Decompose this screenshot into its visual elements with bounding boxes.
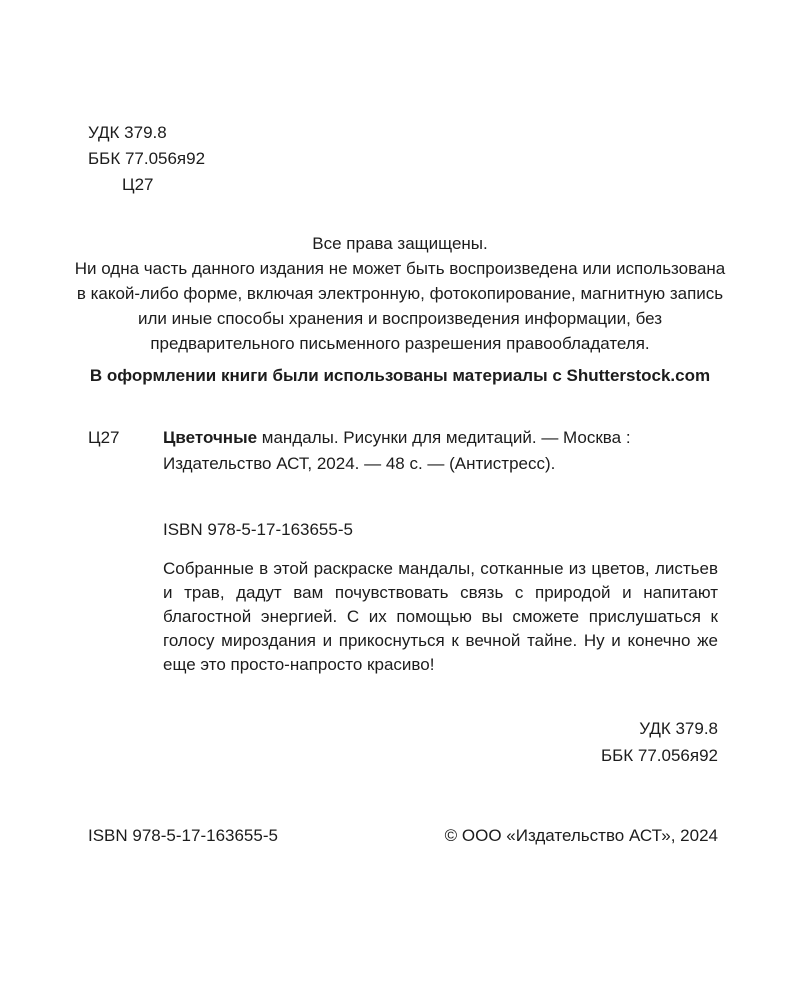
bbk-code-bottom: ББК 77.056я92	[601, 742, 718, 769]
isbn-number: ISBN 978-5-17-163655-5	[163, 517, 353, 543]
catalog-title-bold: Цветочные	[163, 428, 257, 447]
top-classification-codes: УДК 379.8 ББК 77.056я92 Ц27	[88, 120, 205, 198]
catalog-entry-code: Ц27	[88, 425, 163, 451]
materials-credit-note: В оформлении книги были использованы мат…	[70, 363, 730, 389]
annotation-paragraph: Собранные в этой раскраске мандалы, сотк…	[163, 557, 718, 677]
rights-heading: Все права защищены.	[70, 231, 730, 256]
footer-row: ISBN 978-5-17-163655-5 © ООО «Издательст…	[88, 823, 718, 849]
bottom-classification-codes: УДК 379.8 ББК 77.056я92	[601, 715, 718, 769]
copyright-page: УДК 379.8 ББК 77.056я92 Ц27 Все права за…	[0, 0, 800, 1000]
udk-code: УДК 379.8	[88, 120, 205, 146]
rights-body: Ни одна часть данного издания не может б…	[70, 256, 730, 356]
author-sign-code: Ц27	[88, 172, 205, 198]
rights-notice: Все права защищены. Ни одна часть данног…	[70, 231, 730, 356]
catalog-entry: Ц27 Цветочные мандалы. Рисунки для медит…	[88, 425, 705, 477]
udk-code-bottom: УДК 379.8	[601, 715, 718, 742]
catalog-entry-text: Цветочные мандалы. Рисунки для медитаций…	[163, 425, 705, 477]
bbk-code: ББК 77.056я92	[88, 146, 205, 172]
footer-isbn: ISBN 978-5-17-163655-5	[88, 823, 278, 849]
footer-copyright: © ООО «Издательство АСТ», 2024	[445, 823, 718, 849]
